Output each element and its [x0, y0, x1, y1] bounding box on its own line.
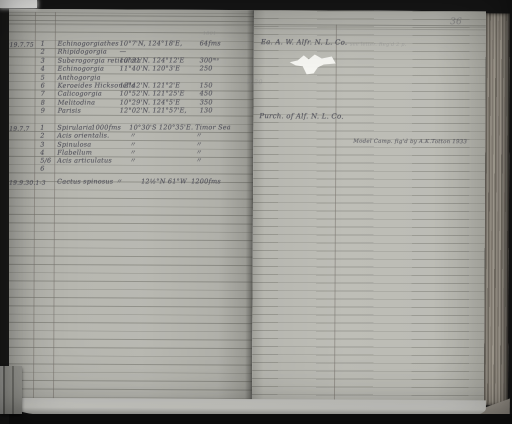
row-number: 5 [41, 74, 45, 81]
folio-number: 36 [450, 19, 462, 26]
book: 1801 1919.7.751Echinogorgiathes10°7'N, 1… [0, 0, 512, 424]
row-cell: Calicogorgia [58, 91, 102, 98]
row-cell: Rhipidogorgia [58, 49, 107, 56]
white-ink-blot [288, 51, 340, 77]
row-cell: 300ᵐˢ [200, 57, 220, 64]
model-note: Model Camp. fig'd by A.K.Totton 1933 [353, 139, 467, 147]
row-cell: Cactus spinosus 〃 [57, 178, 122, 185]
row-cell: Acis orientalis. [57, 133, 109, 140]
row-cell: 64fms [200, 40, 221, 47]
row-number: 5/6 [40, 158, 51, 165]
register-row: Cactus spinosus 〃12½°N 61°W1200fms [7, 178, 253, 187]
row-cell: Flabellum [57, 149, 92, 156]
row-cell: Acis articulatus [57, 158, 112, 165]
row-number: 2 [40, 133, 44, 140]
purchase-note: Purch. of Alf. N. L. Co. [259, 113, 343, 120]
row-cell: Echinogorgia [58, 66, 104, 73]
row-cell: 〃 [195, 141, 202, 148]
row-cell: 12°42'N. 121°2'E [120, 82, 181, 89]
right-column-rule [334, 25, 337, 406]
register-block: 1919.7.71Spirularia1000fms10°30'S 120°35… [7, 124, 253, 174]
table-shadow [0, 414, 512, 424]
row-number: 2 [41, 49, 45, 56]
row-cell: 130 [200, 107, 213, 114]
row-number: 8 [41, 99, 45, 106]
row-number: 1 [40, 125, 44, 132]
row-cell: 11°40'N. 120°3'E [120, 66, 181, 73]
row-cell: 〃 [195, 149, 202, 156]
row-cell: 350 [200, 99, 213, 106]
row-cell: Echinogorgiathes [58, 40, 119, 47]
register-block: 1919.7.751Echinogorgiathes10°7'N, 124°18… [8, 40, 254, 116]
row-cell: 12°02'N. 121°57'E, [120, 108, 187, 115]
row-number: 4 [41, 66, 45, 73]
row-cell: Spirularia [57, 125, 92, 132]
row-cell: 〃 [129, 133, 136, 140]
left-page-entries: 1919.7.751Echinogorgiathes10°7'N, 124°18… [8, 9, 254, 10]
row-cell: 10°7'N, 124°18'E, [120, 40, 183, 47]
left-binding-shadow [0, 5, 9, 424]
row-cell: 10°29'N. 124°5'E [120, 99, 181, 106]
register-row: 9Parisis12°02'N. 121°57'E,130 [8, 107, 254, 116]
row-cell: 〃 [129, 149, 136, 156]
row-cell: — [120, 49, 127, 56]
row-cell: 150 [200, 82, 213, 89]
register-block: 1919.9.30.1-3Cactus spinosus 〃12½°N 61°W… [7, 178, 253, 187]
row-number: 7 [41, 91, 45, 98]
row-cell: 10°30'S 120°35'E. [129, 124, 193, 131]
row-number: 1 [41, 41, 45, 48]
row-number: 4 [40, 150, 44, 157]
row-cell: 10°52'N. 121°25'E [120, 91, 185, 98]
vendor-note: Ea. A. W. Alfr. N. L. Co. [261, 39, 348, 46]
flash-glare [0, 0, 37, 8]
row-cell: 〃 [195, 133, 202, 140]
pencil-top-note: 1801 [203, 31, 217, 38]
row-cell: Anthogorgia [58, 74, 101, 81]
row-cell: Spinulosa [57, 141, 91, 148]
row-number: 3 [41, 57, 45, 64]
row-cell: Melitodina [58, 99, 96, 106]
pencil-note: see letter. Reg'd 2 p. [350, 42, 407, 49]
row-cell: 10°31'N. 124°12'E [120, 57, 185, 64]
row-number: 6 [40, 166, 44, 173]
register-photo: 1801 1919.7.751Echinogorgiathes10°7'N, 1… [0, 0, 512, 424]
row-cell: 〃 [129, 158, 136, 165]
row-cell: 1000fms [91, 124, 121, 131]
row-cell: 250 [200, 66, 213, 73]
row-cell: 12½°N 61°W [141, 178, 187, 185]
row-number: 9 [41, 108, 45, 115]
row-number: 6 [41, 83, 45, 90]
cover-corner [0, 366, 22, 414]
row-cell: 1200fms [191, 178, 221, 185]
top-margin-rule [8, 20, 254, 26]
row-cell: 〃 [195, 158, 202, 165]
left-page: 1801 1919.7.751Echinogorgiathes10°7'N, 1… [6, 9, 254, 411]
row-cell: 450 [200, 91, 213, 98]
row-cell: 〃 [129, 141, 136, 148]
row-cell: Timor Sea [195, 124, 231, 131]
register-row: 6 [7, 166, 253, 175]
page-edges [484, 13, 510, 405]
row-cell: Parisis [58, 108, 81, 115]
pencil-reg-mark: D.20 [247, 79, 263, 86]
row-number: 3 [40, 141, 44, 148]
